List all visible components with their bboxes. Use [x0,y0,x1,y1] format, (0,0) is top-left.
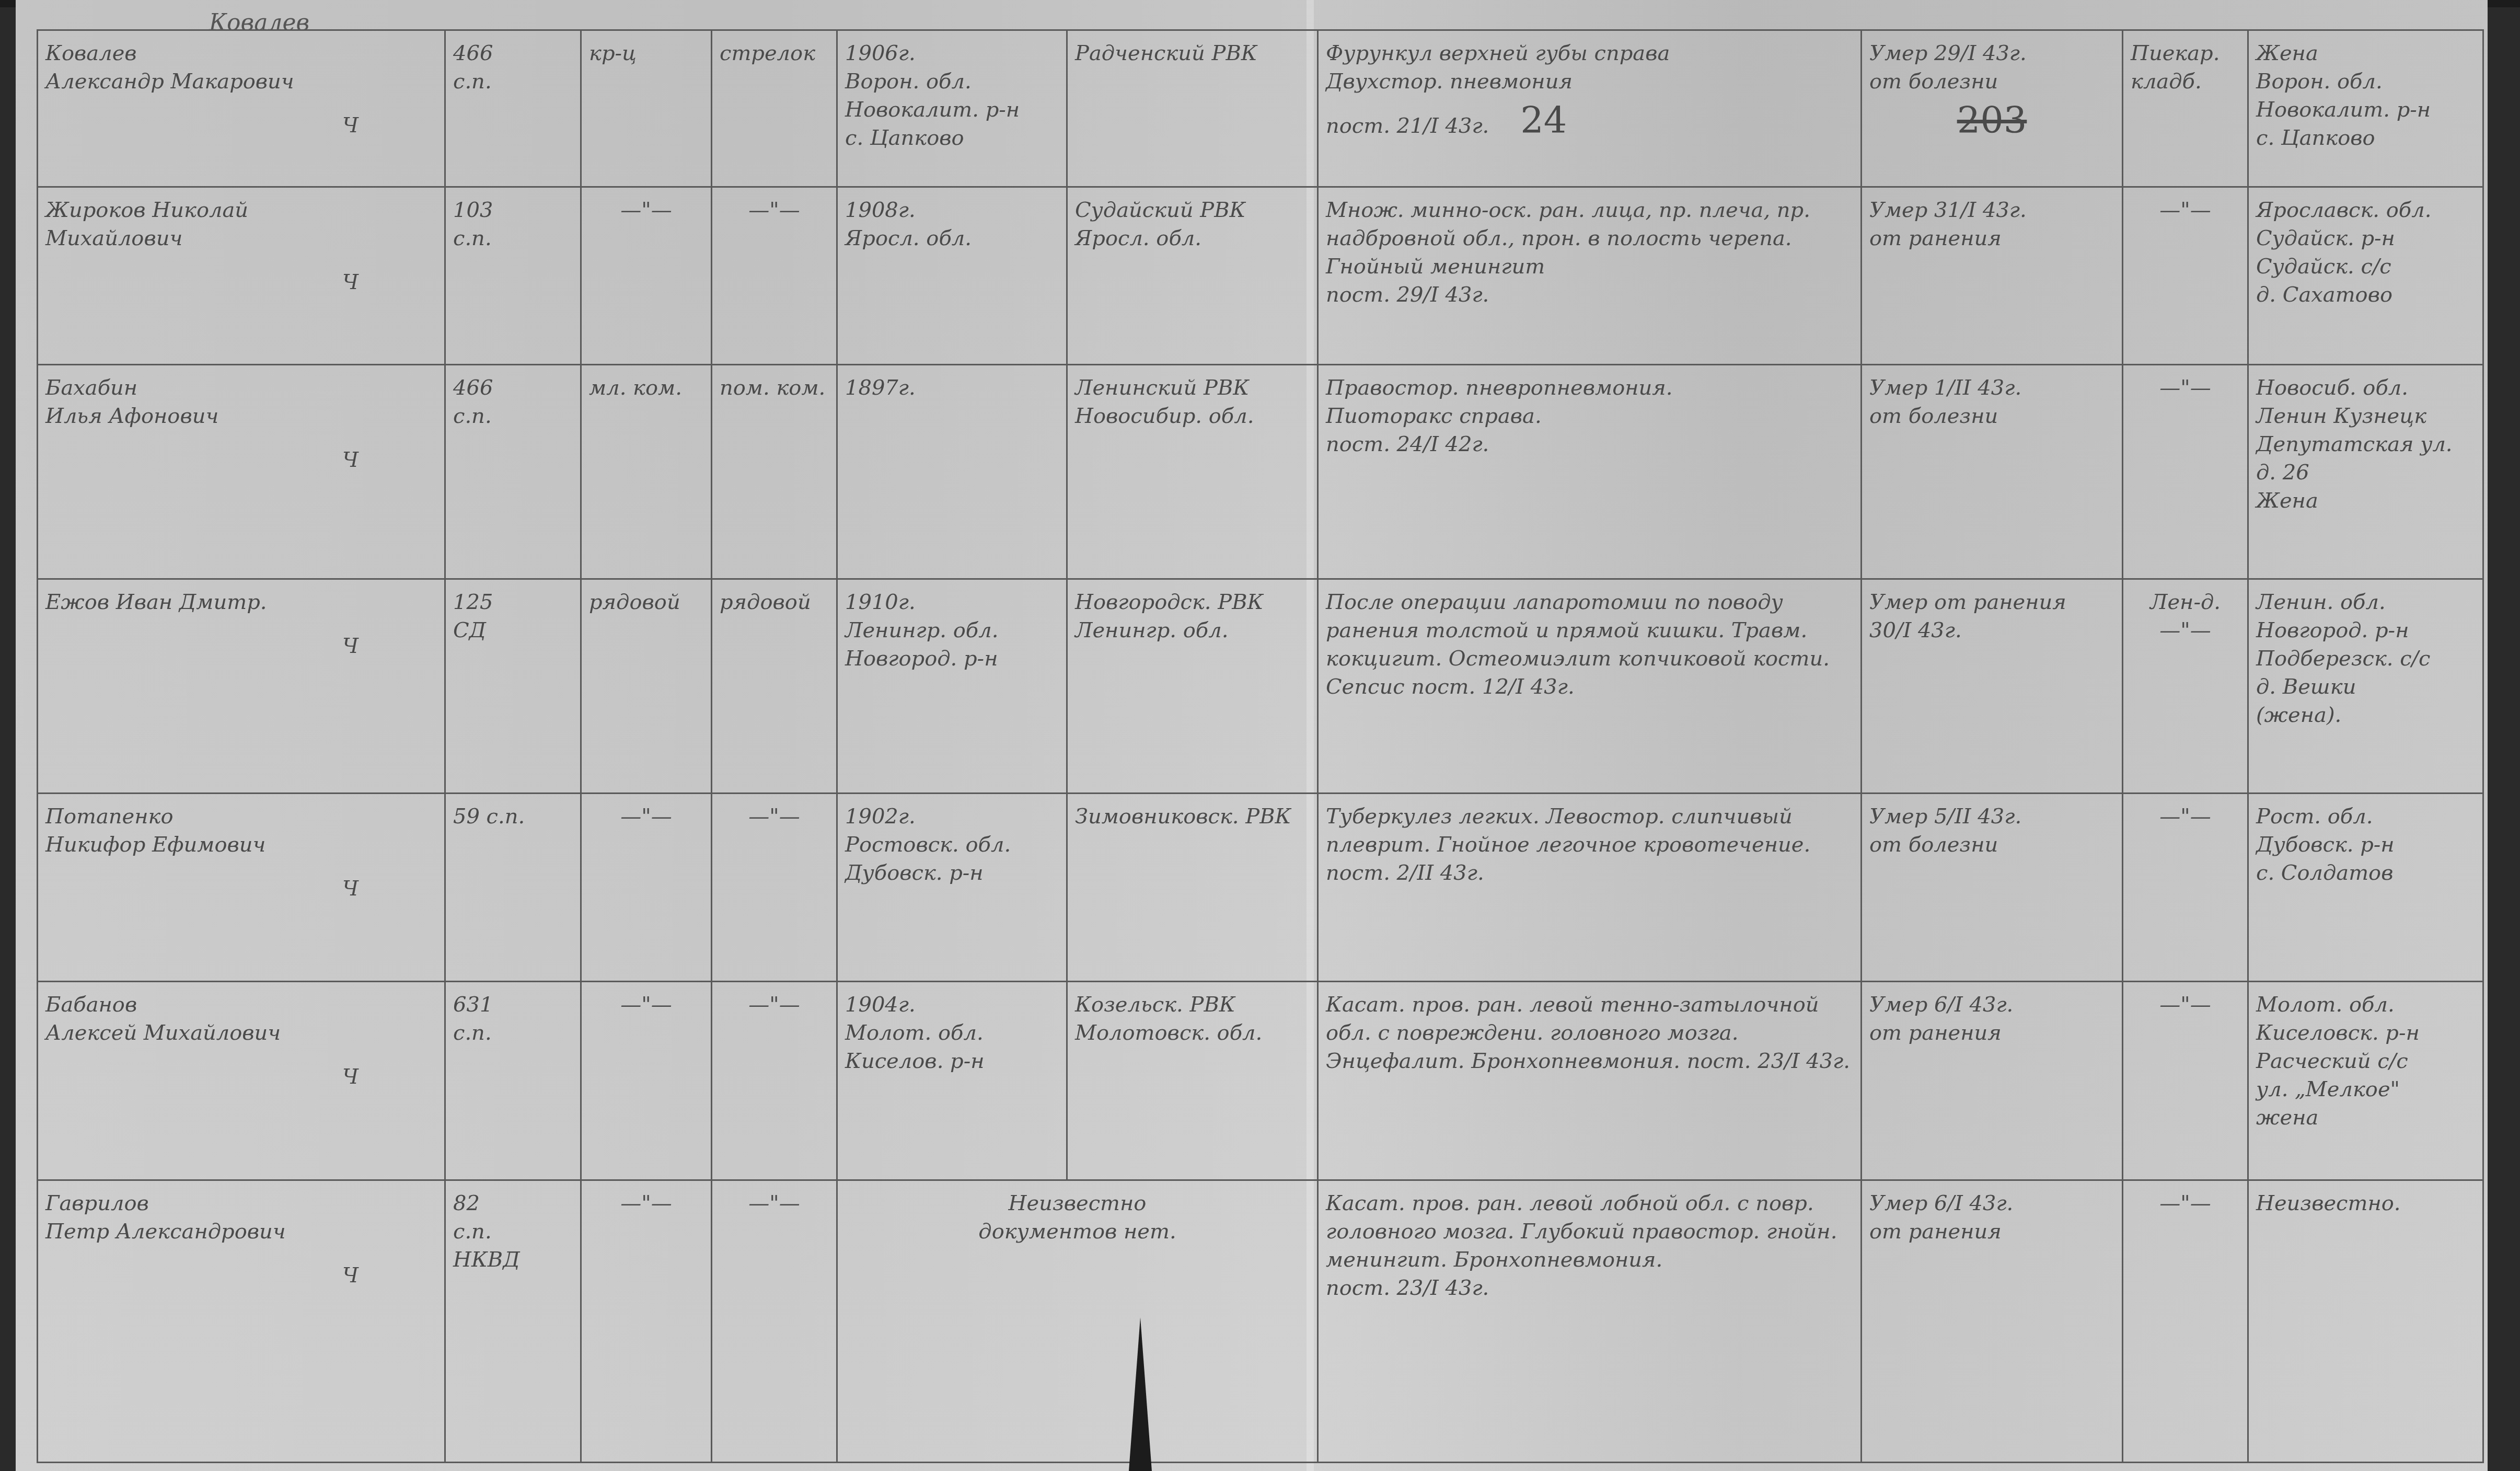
cell-burial: —"— [2123,187,2248,365]
cell-position: —"— [712,187,837,365]
cell-rank: мл. ком. [581,365,712,579]
cell-birth: 1904г. Молот. обл. Киселов. р-н [837,982,1067,1180]
cell-diagnosis: Множ. минно-оск. ран. лица, пр. плеча, п… [1318,187,1862,365]
cell-burial: —"— [2123,365,2248,579]
table-row: Бабанов Алексей МихайловичЧ 631 с.п. —"—… [38,982,2483,1180]
cell-birth-rvk-unknown: Неизвестно документов нет. [837,1180,1318,1463]
page-mark-24: 24 [1520,99,1567,142]
cell-kin: Ленин. обл. Новгород. р-н Подберезск. с/… [2248,579,2483,794]
cell-name: Жироков Николай МихайловичЧ [38,187,445,365]
cell-kin: Молот. обл. Киселовск. р-н Расческий с/с… [2248,982,2483,1180]
cell-diagnosis: Правостор. пневропневмония. Пиоторакс сп… [1318,365,1862,579]
cell-name: Гаврилов Петр АлександровичЧ [38,1180,445,1463]
cell-rvk: Зимовниковск. РВК [1067,794,1318,982]
table-row: Потапенко Никифор ЕфимовичЧ 59 с.п. —"— … [38,794,2483,982]
cell-death: Умер от ранения 30/I 43г. [1862,579,2123,794]
cell-kin: Жена Ворон. обл. Новокалит. р-н с. Цапко… [2248,30,2483,187]
cell-unit: 103 с.п. [445,187,581,365]
cell-burial: —"— [2123,794,2248,982]
cell-birth: 1908г. Яросл. обл. [837,187,1067,365]
cell-death: Умер 5/II 43г. от болезни [1862,794,2123,982]
table-row: Ковалев Александр МакаровичЧ 466 с.п. кр… [38,30,2483,187]
cell-position: —"— [712,1180,837,1463]
cell-burial: —"— [2123,1180,2248,1463]
cell-rvk: Судайский РВК Яросл. обл. [1067,187,1318,365]
cell-death: Умер 31/I 43г. от ранения [1862,187,2123,365]
cell-diagnosis: После операции лапаротомии по поводу ран… [1318,579,1862,794]
cell-rvk: Козельск. РВК Молотовск. обл. [1067,982,1318,1180]
table-row: Бахабин Илья АфоновичЧ 466 с.п. мл. ком.… [38,365,2483,579]
cell-rank: рядовой [581,579,712,794]
cell-burial: Пиекар. кладб. [2123,30,2248,187]
cell-rank: —"— [581,1180,712,1463]
cell-birth: 1902г. Ростовск. обл. Дубовск. р-н [837,794,1067,982]
casualty-register-table: Ковалев Александр МакаровичЧ 466 с.п. кр… [37,29,2484,1463]
cell-birth: 1910г. Ленингр. обл. Новгород. р-н [837,579,1067,794]
cell-rank: —"— [581,982,712,1180]
cell-kin: Ярославск. обл. Судайск. р-н Судайск. с/… [2248,187,2483,365]
cell-burial: Лен-д. —"— [2123,579,2248,794]
cell-birth: 1897г. [837,365,1067,579]
cell-death: Умер 6/I 43г. от ранения [1862,1180,2123,1463]
table-row: Гаврилов Петр АлександровичЧ 82 с.п. НКВ… [38,1180,2483,1463]
cell-unit: 631 с.п. [445,982,581,1180]
cell-death: Умер 29/I 43г. от болезни203 [1862,30,2123,187]
cell-rank: —"— [581,794,712,982]
cell-position: —"— [712,794,837,982]
cell-unit: 59 с.п. [445,794,581,982]
cell-unit: 125 СД [445,579,581,794]
cell-name: Ковалев Александр МакаровичЧ [38,30,445,187]
cell-name: Бахабин Илья АфоновичЧ [38,365,445,579]
cell-death: Умер 6/I 43г. от ранения [1862,982,2123,1180]
cell-name: Бабанов Алексей МихайловичЧ [38,982,445,1180]
cell-unit: 82 с.п. НКВД [445,1180,581,1463]
cell-name: Ежов Иван Дмитр.Ч [38,579,445,794]
cell-diagnosis: Фурункул верхней губы справа Двухстор. п… [1318,30,1862,187]
cell-position: рядовой [712,579,837,794]
cell-unit: 466 с.п. [445,365,581,579]
cell-kin: Рост. обл. Дубовск. р-н с. Солдатов [2248,794,2483,982]
cell-position: —"— [712,982,837,1180]
paper-tear [1129,1317,1152,1471]
table-row: Ежов Иван Дмитр.Ч 125 СД рядовой рядовой… [38,579,2483,794]
cell-kin: Новосиб. обл. Ленин Кузнецк Депутатская … [2248,365,2483,579]
cell-rvk: Радченский РВК [1067,30,1318,187]
cell-unit: 466 с.п. [445,30,581,187]
cell-rvk: Ленинский РВК Новосибир. обл. [1067,365,1318,579]
cell-diagnosis: Касат. пров. ран. левой лобной обл. с по… [1318,1180,1862,1463]
cell-diagnosis: Туберкулез легких. Левостор. слипчивый п… [1318,794,1862,982]
cell-rank: кр-ц [581,30,712,187]
cell-death: Умер 1/II 43г. от болезни [1862,365,2123,579]
cell-diagnosis: Касат. пров. ран. левой тенно-затылочной… [1318,982,1862,1180]
cell-kin: Неизвестно. [2248,1180,2483,1463]
document-sheet: Ковалев Ковалев Александр МакаровичЧ 466… [16,0,2488,1471]
cell-burial: —"— [2123,982,2248,1180]
cell-name: Потапенко Никифор ЕфимовичЧ [38,794,445,982]
page-mark-203: 203 [1869,96,2114,145]
cell-rvk: Новгородск. РВК Ленингр. обл. [1067,579,1318,794]
cell-rank: —"— [581,187,712,365]
cell-birth: 1906г. Ворон. обл. Новокалит. р-н с. Цап… [837,30,1067,187]
table-row: Жироков Николай МихайловичЧ 103 с.п. —"—… [38,187,2483,365]
cell-position: стрелок [712,30,837,187]
cell-position: пом. ком. [712,365,837,579]
